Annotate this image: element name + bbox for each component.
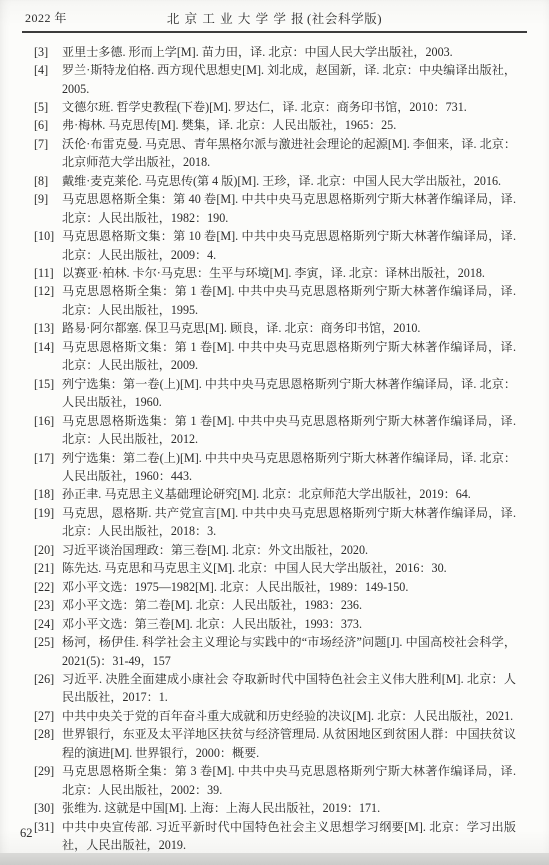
reference-text: 马克思恩格斯文集：第 1 卷[M]. 中共中央马克思恩格斯列宁斯大林著作编译局，… <box>62 338 516 375</box>
reference-number: [17] <box>34 449 62 486</box>
reference-number: [24] <box>34 615 62 633</box>
reference-number: [31] <box>34 818 62 855</box>
reference-number: [23] <box>34 596 62 614</box>
reference-text: 邓小平文选：第三卷[M]. 北京：人民出版社，1993：373. <box>62 615 516 633</box>
reference-number: [13] <box>34 319 62 337</box>
reference-text: 马克思恩格斯全集：第 1 卷[M]. 中共中央马克思恩格斯列宁斯大林著作编译局，… <box>62 282 516 319</box>
reference-text: 文德尔班. 哲学史教程(下卷)[M]. 罗达仁，译. 北京：商务印书馆，2010… <box>62 98 516 116</box>
reference-text: 孙正聿. 马克思主义基础理论研究[M]. 北京：北京师范大学出版社，2019：6… <box>62 485 516 503</box>
reference-number: [21] <box>34 559 62 577</box>
reference-number: [14] <box>34 338 62 375</box>
reference-item: [25] 杨河，杨伊佳. 科学社会主义理论与实践中的“市场经济”问题[J]. 中… <box>34 633 516 670</box>
reference-item: [16] 马克思恩格斯选集：第 1 卷[M]. 中共中央马克思恩格斯列宁斯大林著… <box>34 412 516 449</box>
reference-number: [15] <box>34 375 62 412</box>
reference-number: [10] <box>34 227 62 264</box>
reference-item: [29] 马克思恩格斯全集：第 3 卷[M]. 中共中央马克思恩格斯列宁斯大林著… <box>34 762 516 799</box>
reference-number: [20] <box>34 541 62 559</box>
reference-number: [5] <box>34 98 62 116</box>
reference-text: 中共中央关于党的百年奋斗重大成就和历史经验的决议[M]. 北京：人民出版社，20… <box>62 707 516 725</box>
reference-text: 亚里士多德. 形而上学[M]. 苗力田，译. 北京：中国人民大学出版社，2003… <box>62 43 516 61</box>
journal-title-name: 北京工业大学学报 <box>167 12 309 26</box>
reference-text: 邓小平文选：1975—1982[M]. 北京：人民出版社，1989：149-15… <box>62 578 516 596</box>
reference-item: [22] 邓小平文选：1975—1982[M]. 北京：人民出版社，1989：1… <box>34 578 516 596</box>
reference-number: [29] <box>34 762 62 799</box>
reference-item: [15] 列宁选集：第一卷(上)[M]. 中共中央马克思恩格斯列宁斯大林著作编译… <box>34 375 516 412</box>
reference-text: 列宁选集：第一卷(上)[M]. 中共中央马克思恩格斯列宁斯大林著作编译局，译. … <box>62 375 516 412</box>
reference-item: [13] 路易·阿尔都塞. 保卫马克思[M]. 顾良，译. 北京：商务印书馆，2… <box>34 319 516 337</box>
reference-number: [30] <box>34 799 62 817</box>
reference-number: [3] <box>34 43 62 61</box>
reference-item: [17] 列宁选集：第二卷(上)[M]. 中共中央马克思恩格斯列宁斯大林著作编译… <box>34 449 516 486</box>
reference-text: 习近平谈治国理政：第三卷[M]. 北京：外文出版社，2020. <box>62 541 516 559</box>
reference-item: [19] 马克思，恩格斯. 共产党宣言[M]. 中共中央马克思恩格斯列宁斯大林著… <box>34 504 516 541</box>
reference-text: 以赛亚·柏林. 卡尔·马克思：生平与环境[M]. 李寅，译. 北京：译林出版社，… <box>62 264 516 282</box>
reference-item: [24] 邓小平文选：第三卷[M]. 北京：人民出版社，1993：373. <box>34 615 516 633</box>
reference-text: 弗·梅林. 马克思传[M]. 樊集，译. 北京：人民出版社，1965：25. <box>62 116 516 134</box>
reference-number: [9] <box>34 190 62 227</box>
reference-number: [8] <box>34 172 62 190</box>
reference-number: [16] <box>34 412 62 449</box>
reference-text: 马克思恩格斯全集：第 40 卷[M]. 中共中央马克思恩格斯列宁斯大林著作编译局… <box>62 190 516 227</box>
reference-text: 陈先达. 马克思和马克思主义[M]. 北京：中国人民大学出版社，2016：30. <box>62 559 516 577</box>
reference-item: [23] 邓小平文选：第二卷[M]. 北京：人民出版社，1983：236. <box>34 596 516 614</box>
reference-number: [18] <box>34 485 62 503</box>
references-list: [3] 亚里士多德. 形而上学[M]. 苗力田，译. 北京：中国人民大学出版社，… <box>34 43 516 855</box>
reference-text: 沃伦·布雷克曼. 马克思、青年黑格尔派与激进社会理论的起源[M]. 李佃来，译.… <box>62 135 516 172</box>
reference-text: 戴维·麦克莱伦. 马克思传(第 4 版)[M]. 王珍，译. 北京：中国人民大学… <box>62 172 516 190</box>
reference-number: [22] <box>34 578 62 596</box>
header-rule <box>22 31 527 33</box>
reference-item: [20] 习近平谈治国理政：第三卷[M]. 北京：外文出版社，2020. <box>34 541 516 559</box>
reference-number: [4] <box>34 61 62 98</box>
reference-number: [11] <box>34 264 62 282</box>
reference-item: [10] 马克思恩格斯文集：第 10 卷[M]. 中共中央马克思恩格斯列宁斯大林… <box>34 227 516 264</box>
reference-number: [25] <box>34 633 62 670</box>
reference-text: 马克思恩格斯全集：第 3 卷[M]. 中共中央马克思恩格斯列宁斯大林著作编译局，… <box>62 762 516 799</box>
reference-item: [26] 习近平. 决胜全面建成小康社会 夺取新时代中国特色社会主义伟大胜利[M… <box>34 670 516 707</box>
journal-title-edition: (社会科学版) <box>307 12 382 26</box>
page-number: 62 <box>20 826 33 841</box>
reference-text: 中共中央宣传部. 习近平新时代中国特色社会主义思想学习纲要[M]. 北京：学习出… <box>62 818 516 855</box>
reference-text: 列宁选集：第二卷(上)[M]. 中共中央马克思恩格斯列宁斯大林著作编译局，译. … <box>62 449 516 486</box>
reference-text: 杨河，杨伊佳. 科学社会主义理论与实践中的“市场经济”问题[J]. 中国高校社会… <box>62 633 516 670</box>
reference-number: [28] <box>34 725 62 762</box>
reference-text: 马克思恩格斯文集：第 10 卷[M]. 中共中央马克思恩格斯列宁斯大林著作编译局… <box>62 227 516 264</box>
reference-number: [7] <box>34 135 62 172</box>
reference-item: [18] 孙正聿. 马克思主义基础理论研究[M]. 北京：北京师范大学出版社，2… <box>34 485 516 503</box>
scan-edge-strip <box>0 853 549 865</box>
reference-number: [12] <box>34 282 62 319</box>
reference-number: [19] <box>34 504 62 541</box>
reference-text: 马克思，恩格斯. 共产党宣言[M]. 中共中央马克思恩格斯列宁斯大林著作编译局，… <box>62 504 516 541</box>
reference-item: [11] 以赛亚·柏林. 卡尔·马克思：生平与环境[M]. 李寅，译. 北京：译… <box>34 264 516 282</box>
reference-text: 路易·阿尔都塞. 保卫马克思[M]. 顾良，译. 北京：商务印书馆，2010. <box>62 319 516 337</box>
reference-text: 马克思恩格斯选集：第 1 卷[M]. 中共中央马克思恩格斯列宁斯大林著作编译局，… <box>62 412 516 449</box>
journal-page: 2022 年 北京工业大学学报(社会科学版) [3] 亚里士多德. 形而上学[M… <box>0 0 549 865</box>
reference-item: [12] 马克思恩格斯全集：第 1 卷[M]. 中共中央马克思恩格斯列宁斯大林著… <box>34 282 516 319</box>
reference-item: [8] 戴维·麦克莱伦. 马克思传(第 4 版)[M]. 王珍，译. 北京：中国… <box>34 172 516 190</box>
header-year: 2022 年 <box>25 9 67 26</box>
reference-item: [30] 张维为. 这就是中国[M]. 上海：上海人民出版社，2019：171. <box>34 799 516 817</box>
reference-item: [14] 马克思恩格斯文集：第 1 卷[M]. 中共中央马克思恩格斯列宁斯大林著… <box>34 338 516 375</box>
reference-number: [6] <box>34 116 62 134</box>
reference-item: [7] 沃伦·布雷克曼. 马克思、青年黑格尔派与激进社会理论的起源[M]. 李佃… <box>34 135 516 172</box>
reference-text: 世界银行，东亚及太平洋地区扶贫与经济管理局. 从贫困地区到贫困人群：中国扶贫议程… <box>62 725 516 762</box>
page-header: 2022 年 北京工业大学学报(社会科学版) <box>0 0 549 28</box>
reference-item: [6] 弗·梅林. 马克思传[M]. 樊集，译. 北京：人民出版社，1965：2… <box>34 116 516 134</box>
reference-item: [31] 中共中央宣传部. 习近平新时代中国特色社会主义思想学习纲要[M]. 北… <box>34 818 516 855</box>
reference-item: [9] 马克思恩格斯全集：第 40 卷[M]. 中共中央马克思恩格斯列宁斯大林著… <box>34 190 516 227</box>
reference-number: [27] <box>34 707 62 725</box>
reference-text: 习近平. 决胜全面建成小康社会 夺取新时代中国特色社会主义伟大胜利[M]. 北京… <box>62 670 516 707</box>
reference-number: [26] <box>34 670 62 707</box>
journal-title: 北京工业大学学报(社会科学版) <box>0 9 549 27</box>
reference-item: [3] 亚里士多德. 形而上学[M]. 苗力田，译. 北京：中国人民大学出版社，… <box>34 43 516 61</box>
reference-item: [28] 世界银行，东亚及太平洋地区扶贫与经济管理局. 从贫困地区到贫困人群：中… <box>34 725 516 762</box>
reference-text: 罗兰·斯特龙伯格. 西方现代思想史[M]. 刘北成，赵国新，译. 北京：中央编译… <box>62 61 516 98</box>
reference-item: [27] 中共中央关于党的百年奋斗重大成就和历史经验的决议[M]. 北京：人民出… <box>34 707 516 725</box>
reference-item: [5] 文德尔班. 哲学史教程(下卷)[M]. 罗达仁，译. 北京：商务印书馆，… <box>34 98 516 116</box>
reference-item: [4] 罗兰·斯特龙伯格. 西方现代思想史[M]. 刘北成，赵国新，译. 北京：… <box>34 61 516 98</box>
reference-item: [21] 陈先达. 马克思和马克思主义[M]. 北京：中国人民大学出版社，201… <box>34 559 516 577</box>
reference-text: 邓小平文选：第二卷[M]. 北京：人民出版社，1983：236. <box>62 596 516 614</box>
reference-text: 张维为. 这就是中国[M]. 上海：上海人民出版社，2019：171. <box>62 799 516 817</box>
